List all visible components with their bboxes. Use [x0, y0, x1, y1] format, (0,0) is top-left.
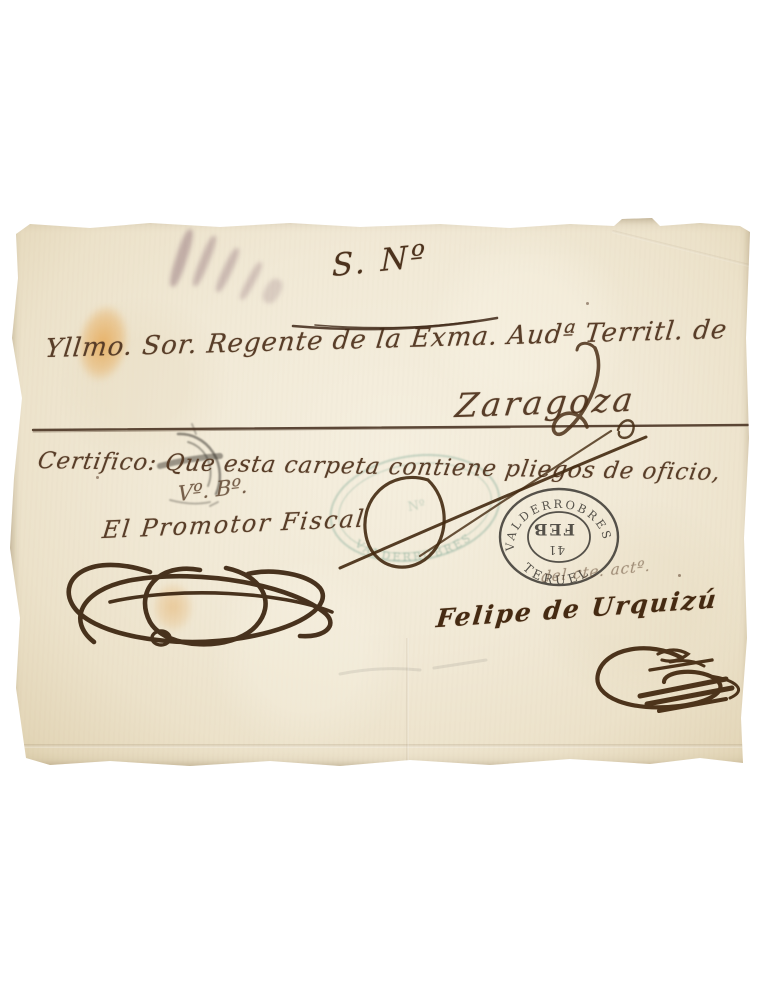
- scan-background: VALDERROBRES Nº VALDERROBRES: [0, 0, 760, 988]
- fold-crease-vertical: [406, 638, 409, 764]
- letter-sheet: VALDERROBRES Nº VALDERROBRES: [10, 218, 751, 767]
- pencil-traces: [340, 660, 486, 674]
- ink-flourish-layer: [10, 218, 751, 767]
- center-paraph-flourish: [340, 420, 646, 568]
- rubric-flourish-left: [69, 565, 332, 645]
- monogram-underline-flourish: [293, 318, 497, 329]
- separator-line: [33, 425, 748, 432]
- fold-crease-horizontal: [20, 744, 746, 748]
- signature-rubric: [597, 648, 738, 711]
- rate-mark-flourish: [553, 343, 598, 434]
